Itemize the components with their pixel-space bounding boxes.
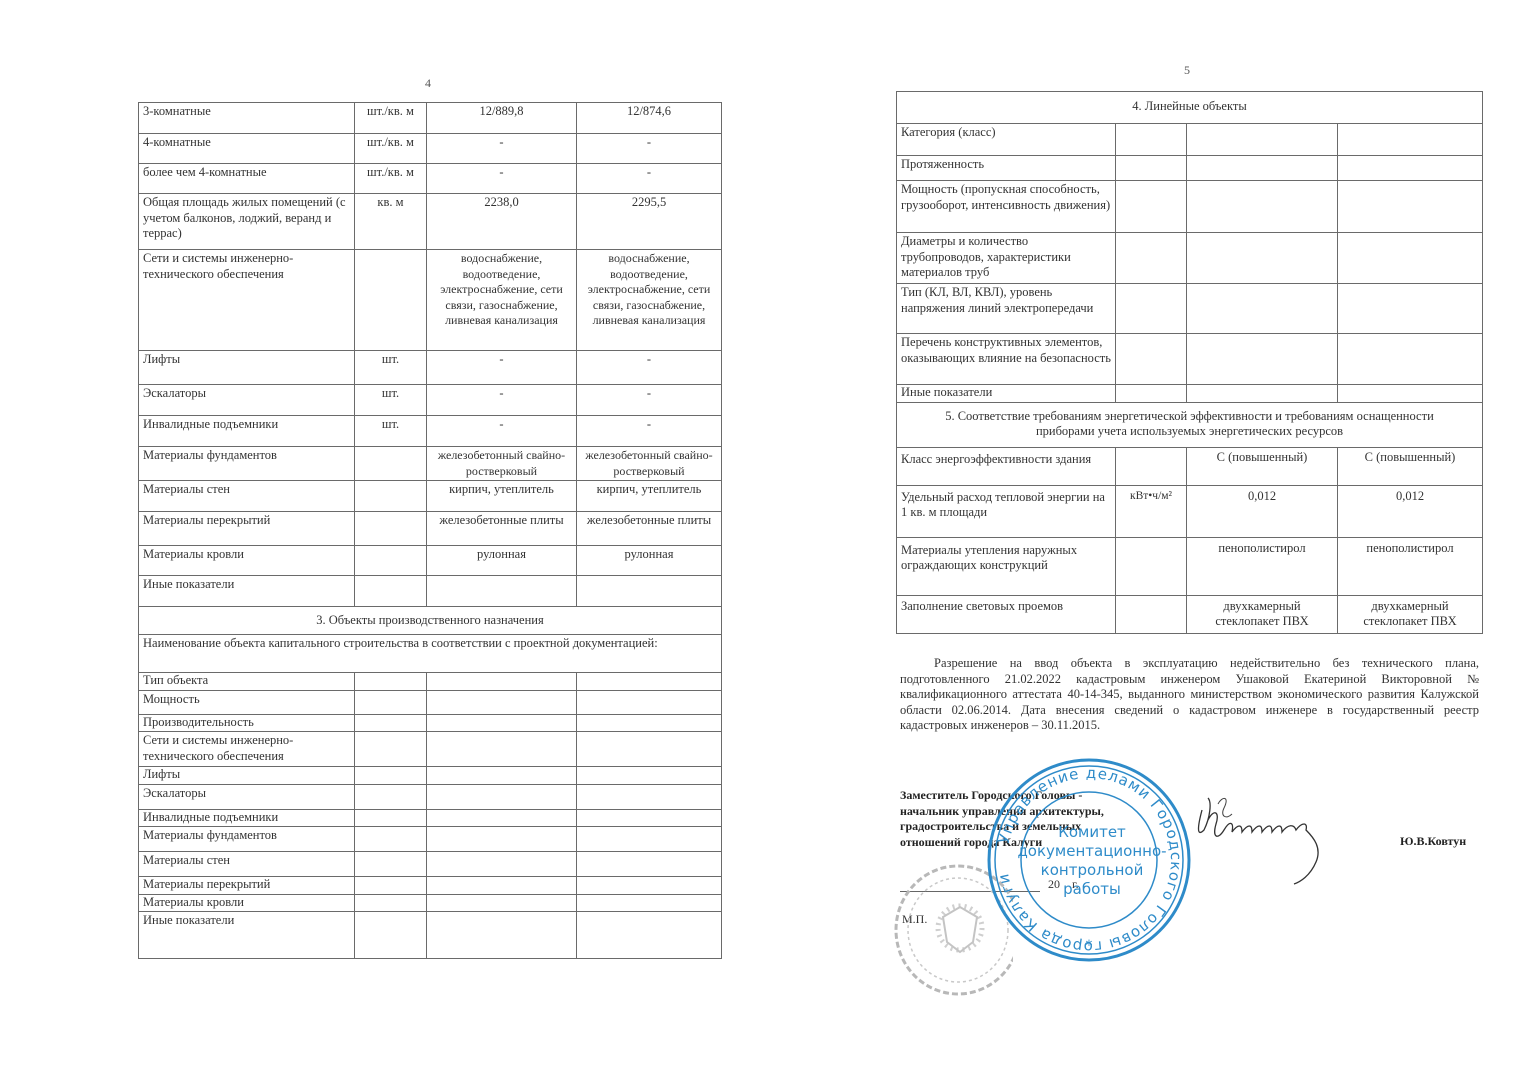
table-row: Перечень конструктивных элементов, оказы… bbox=[897, 334, 1483, 385]
row-label: Категория (класс) bbox=[897, 124, 1116, 156]
row-value-2: - bbox=[577, 134, 722, 164]
table-row: Эскалаторы bbox=[139, 784, 722, 809]
table-row: Материалы утепления наружных ограждающих… bbox=[897, 537, 1483, 595]
row-label: Материалы стен bbox=[139, 852, 355, 877]
section-header: 3. Объекты производственного назначения bbox=[139, 607, 722, 635]
row-value-1: - bbox=[427, 416, 577, 447]
row-label: 4-комнатные bbox=[139, 134, 355, 164]
row-value-1: кирпич, утеплитель bbox=[427, 481, 577, 512]
row-value-2: С (повышенный) bbox=[1338, 447, 1483, 485]
table-row: Удельный расход тепловой энергии на 1 кв… bbox=[897, 485, 1483, 537]
table-row: Иные показатели bbox=[139, 576, 722, 607]
row-value-2: - bbox=[577, 351, 722, 385]
row-label: Общая площадь жилых помещений (с учетом … bbox=[139, 194, 355, 250]
table-row: Эскалаторы шт. - - bbox=[139, 385, 722, 416]
row-label: Лифты bbox=[139, 767, 355, 785]
table-row: Тип (КЛ, ВЛ, КВЛ), уровень напряжения ли… bbox=[897, 284, 1483, 334]
row-unit: шт./кв. м bbox=[355, 164, 427, 194]
row-unit bbox=[355, 546, 427, 576]
row-label: Иные показатели bbox=[139, 576, 355, 607]
table-row: 3-комнатные шт./кв. м 12/889,8 12/874,6 bbox=[139, 103, 722, 134]
row-label: Материалы кровли bbox=[139, 894, 355, 912]
section-4-title: 4. Линейные объекты bbox=[897, 92, 1483, 124]
row-value-2: двухкамерный стеклопакет ПВХ bbox=[1338, 595, 1483, 633]
svg-text:работы: работы bbox=[1063, 880, 1121, 898]
row-label: Материалы утепления наружных ограждающих… bbox=[897, 537, 1116, 595]
row-unit: шт. bbox=[355, 416, 427, 447]
svg-text:документационно-: документационно- bbox=[1017, 842, 1166, 860]
technical-plan-note: Разрешение на ввод объекта в эксплуатаци… bbox=[900, 656, 1479, 734]
table-row: Инвалидные подъемники bbox=[139, 809, 722, 827]
row-label: Мощность (пропускная способность, грузоо… bbox=[897, 181, 1116, 233]
row-value-2: - bbox=[577, 385, 722, 416]
row-label: Перечень конструктивных элементов, оказы… bbox=[897, 334, 1116, 385]
table-row: Иные показатели bbox=[897, 385, 1483, 403]
table-row: Сети и системы инженерно-технического об… bbox=[139, 732, 722, 767]
row-value-1: водоснабжение, водоотведение, электросна… bbox=[427, 250, 577, 351]
table-row: Материалы стен bbox=[139, 852, 722, 877]
row-label: Материалы кровли bbox=[139, 546, 355, 576]
row-unit bbox=[1116, 595, 1187, 633]
table-row: Класс энергоэффективности здания С (повы… bbox=[897, 447, 1483, 485]
page-number-left: 4 bbox=[425, 76, 431, 91]
table-row: Материалы фундаментов bbox=[139, 827, 722, 852]
row-unit bbox=[1116, 537, 1187, 595]
table-row: Инвалидные подъемники шт. - - bbox=[139, 416, 722, 447]
row-label: Мощность bbox=[139, 690, 355, 714]
row-unit: кв. м bbox=[355, 194, 427, 250]
row-label: Сети и системы инженерно-технического об… bbox=[139, 732, 355, 767]
table-row: Лифты шт. - - bbox=[139, 351, 722, 385]
row-value-2: водоснабжение, водоотведение, электросна… bbox=[577, 250, 722, 351]
row-value-2: кирпич, утеплитель bbox=[577, 481, 722, 512]
row-label: Удельный расход тепловой энергии на 1 кв… bbox=[897, 485, 1116, 537]
row-label: Тип (КЛ, ВЛ, КВЛ), уровень напряжения ли… bbox=[897, 284, 1116, 334]
page-number-right: 5 bbox=[1184, 63, 1190, 78]
handwritten-signature bbox=[1190, 790, 1340, 885]
row-label: Иные показатели bbox=[897, 385, 1116, 403]
row-value-1: пенополистирол bbox=[1187, 537, 1338, 595]
row-value-2: железобетонные плиты bbox=[577, 512, 722, 546]
row-value-2: рулонная bbox=[577, 546, 722, 576]
row-value-1: - bbox=[427, 134, 577, 164]
row-label: Сети и системы инженерно-технического об… bbox=[139, 250, 355, 351]
row-unit bbox=[355, 447, 427, 481]
table-row: Мощность bbox=[139, 690, 722, 714]
row-value-2: 12/874,6 bbox=[577, 103, 722, 134]
table-row: Сети и системы инженерно-технического об… bbox=[139, 250, 722, 351]
row-value-1: 2238,0 bbox=[427, 194, 577, 250]
section-header: 5. Соответствие требованиям энергетическ… bbox=[897, 402, 1483, 447]
row-value-1: 0,012 bbox=[1187, 485, 1338, 537]
row-label: Материалы стен bbox=[139, 481, 355, 512]
row-unit: шт. bbox=[355, 385, 427, 416]
svg-text:контрольной: контрольной bbox=[1041, 861, 1144, 879]
section-5-title: 5. Соответствие требованиям энергетическ… bbox=[897, 402, 1483, 447]
row-label: Инвалидные подъемники bbox=[139, 416, 355, 447]
row-value-2: 2295,5 bbox=[577, 194, 722, 250]
svg-text:*: * bbox=[1086, 938, 1093, 954]
row-unit bbox=[355, 481, 427, 512]
row-label: Эскалаторы bbox=[139, 784, 355, 809]
table-row: Материалы стен кирпич, утеплитель кирпич… bbox=[139, 481, 722, 512]
table-row: Лифты bbox=[139, 767, 722, 785]
table-row: Тип объекта bbox=[139, 673, 722, 691]
object-name-row: Наименование объекта капитального строит… bbox=[139, 635, 722, 673]
row-label: Лифты bbox=[139, 351, 355, 385]
row-value-1: железобетонные плиты bbox=[427, 512, 577, 546]
row-label: Материалы перекрытий bbox=[139, 877, 355, 895]
signatory-name: Ю.В.Ковтун bbox=[1400, 834, 1466, 849]
svg-text:Комитет: Комитет bbox=[1058, 823, 1126, 841]
table-row: Материалы перекрытий железобетонные плит… bbox=[139, 512, 722, 546]
row-value-1: - bbox=[427, 351, 577, 385]
row-label: Класс энергоэффективности здания bbox=[897, 447, 1116, 485]
blue-round-stamp: Управление делами Городского Головы горо… bbox=[984, 755, 1194, 965]
row-value-1: - bbox=[427, 385, 577, 416]
table-row: Материалы кровли bbox=[139, 894, 722, 912]
row-label: Эскалаторы bbox=[139, 385, 355, 416]
row-label: Производительность bbox=[139, 714, 355, 732]
table-row: Материалы кровли рулонная рулонная bbox=[139, 546, 722, 576]
row-label: более чем 4-комнатные bbox=[139, 164, 355, 194]
row-label: Материалы фундаментов bbox=[139, 827, 355, 852]
table-row: Протяженность bbox=[897, 156, 1483, 181]
row-unit bbox=[355, 512, 427, 546]
row-value-1: двухкамерный стеклопакет ПВХ bbox=[1187, 595, 1338, 633]
row-unit bbox=[1116, 447, 1187, 485]
row-unit: шт./кв. м bbox=[355, 103, 427, 134]
row-value-1: 12/889,8 bbox=[427, 103, 577, 134]
row-unit: шт./кв. м bbox=[355, 134, 427, 164]
row-label: Тип объекта bbox=[139, 673, 355, 691]
row-label: Инвалидные подъемники bbox=[139, 809, 355, 827]
table-row: Производительность bbox=[139, 714, 722, 732]
row-value-2 bbox=[577, 576, 722, 607]
row-unit bbox=[355, 576, 427, 607]
row-value-2: железобетонный свайно-ростверковый bbox=[577, 447, 722, 481]
left-table: 3-комнатные шт./кв. м 12/889,8 12/874,6 … bbox=[138, 102, 722, 959]
table-row: Иные показатели bbox=[139, 912, 722, 959]
row-label: Диаметры и количество трубопроводов, хар… bbox=[897, 233, 1116, 284]
row-value-2: - bbox=[577, 416, 722, 447]
table-row: Материалы фундаментов железобетонный сва… bbox=[139, 447, 722, 481]
row-value-1: железобетонный свайно-ростверковый bbox=[427, 447, 577, 481]
table-row: Диаметры и количество трубопроводов, хар… bbox=[897, 233, 1483, 284]
row-value-1: - bbox=[427, 164, 577, 194]
table-row: Материалы перекрытий bbox=[139, 877, 722, 895]
row-value-2: - bbox=[577, 164, 722, 194]
row-label: Протяженность bbox=[897, 156, 1116, 181]
row-value-2: пенополистирол bbox=[1338, 537, 1483, 595]
section-header: 4. Линейные объекты bbox=[897, 92, 1483, 124]
row-label: Иные показатели bbox=[139, 912, 355, 959]
row-label: 3-комнатные bbox=[139, 103, 355, 134]
section-3-title: 3. Объекты производственного назначения bbox=[139, 607, 722, 635]
row-label: Материалы фундаментов bbox=[139, 447, 355, 481]
row-label: Заполнение световых проемов bbox=[897, 595, 1116, 633]
row-value-1: рулонная bbox=[427, 546, 577, 576]
table-row: Общая площадь жилых помещений (с учетом … bbox=[139, 194, 722, 250]
row-value-1 bbox=[427, 576, 577, 607]
row-value-1: С (повышенный) bbox=[1187, 447, 1338, 485]
row-label: Материалы перекрытий bbox=[139, 512, 355, 546]
table-row: Мощность (пропускная способность, грузоо… bbox=[897, 181, 1483, 233]
table-row: Категория (класс) bbox=[897, 124, 1483, 156]
right-table: 4. Линейные объекты Категория (класс) Пр… bbox=[896, 91, 1483, 634]
table-row: Наименование объекта капитального строит… bbox=[139, 635, 722, 673]
row-unit bbox=[355, 250, 427, 351]
table-row: 4-комнатные шт./кв. м - - bbox=[139, 134, 722, 164]
row-value-2: 0,012 bbox=[1338, 485, 1483, 537]
table-row: более чем 4-комнатные шт./кв. м - - bbox=[139, 164, 722, 194]
table-row: Заполнение световых проемов двухкамерный… bbox=[897, 595, 1483, 633]
row-unit: кВт•ч/м² bbox=[1116, 485, 1187, 537]
row-unit: шт. bbox=[355, 351, 427, 385]
